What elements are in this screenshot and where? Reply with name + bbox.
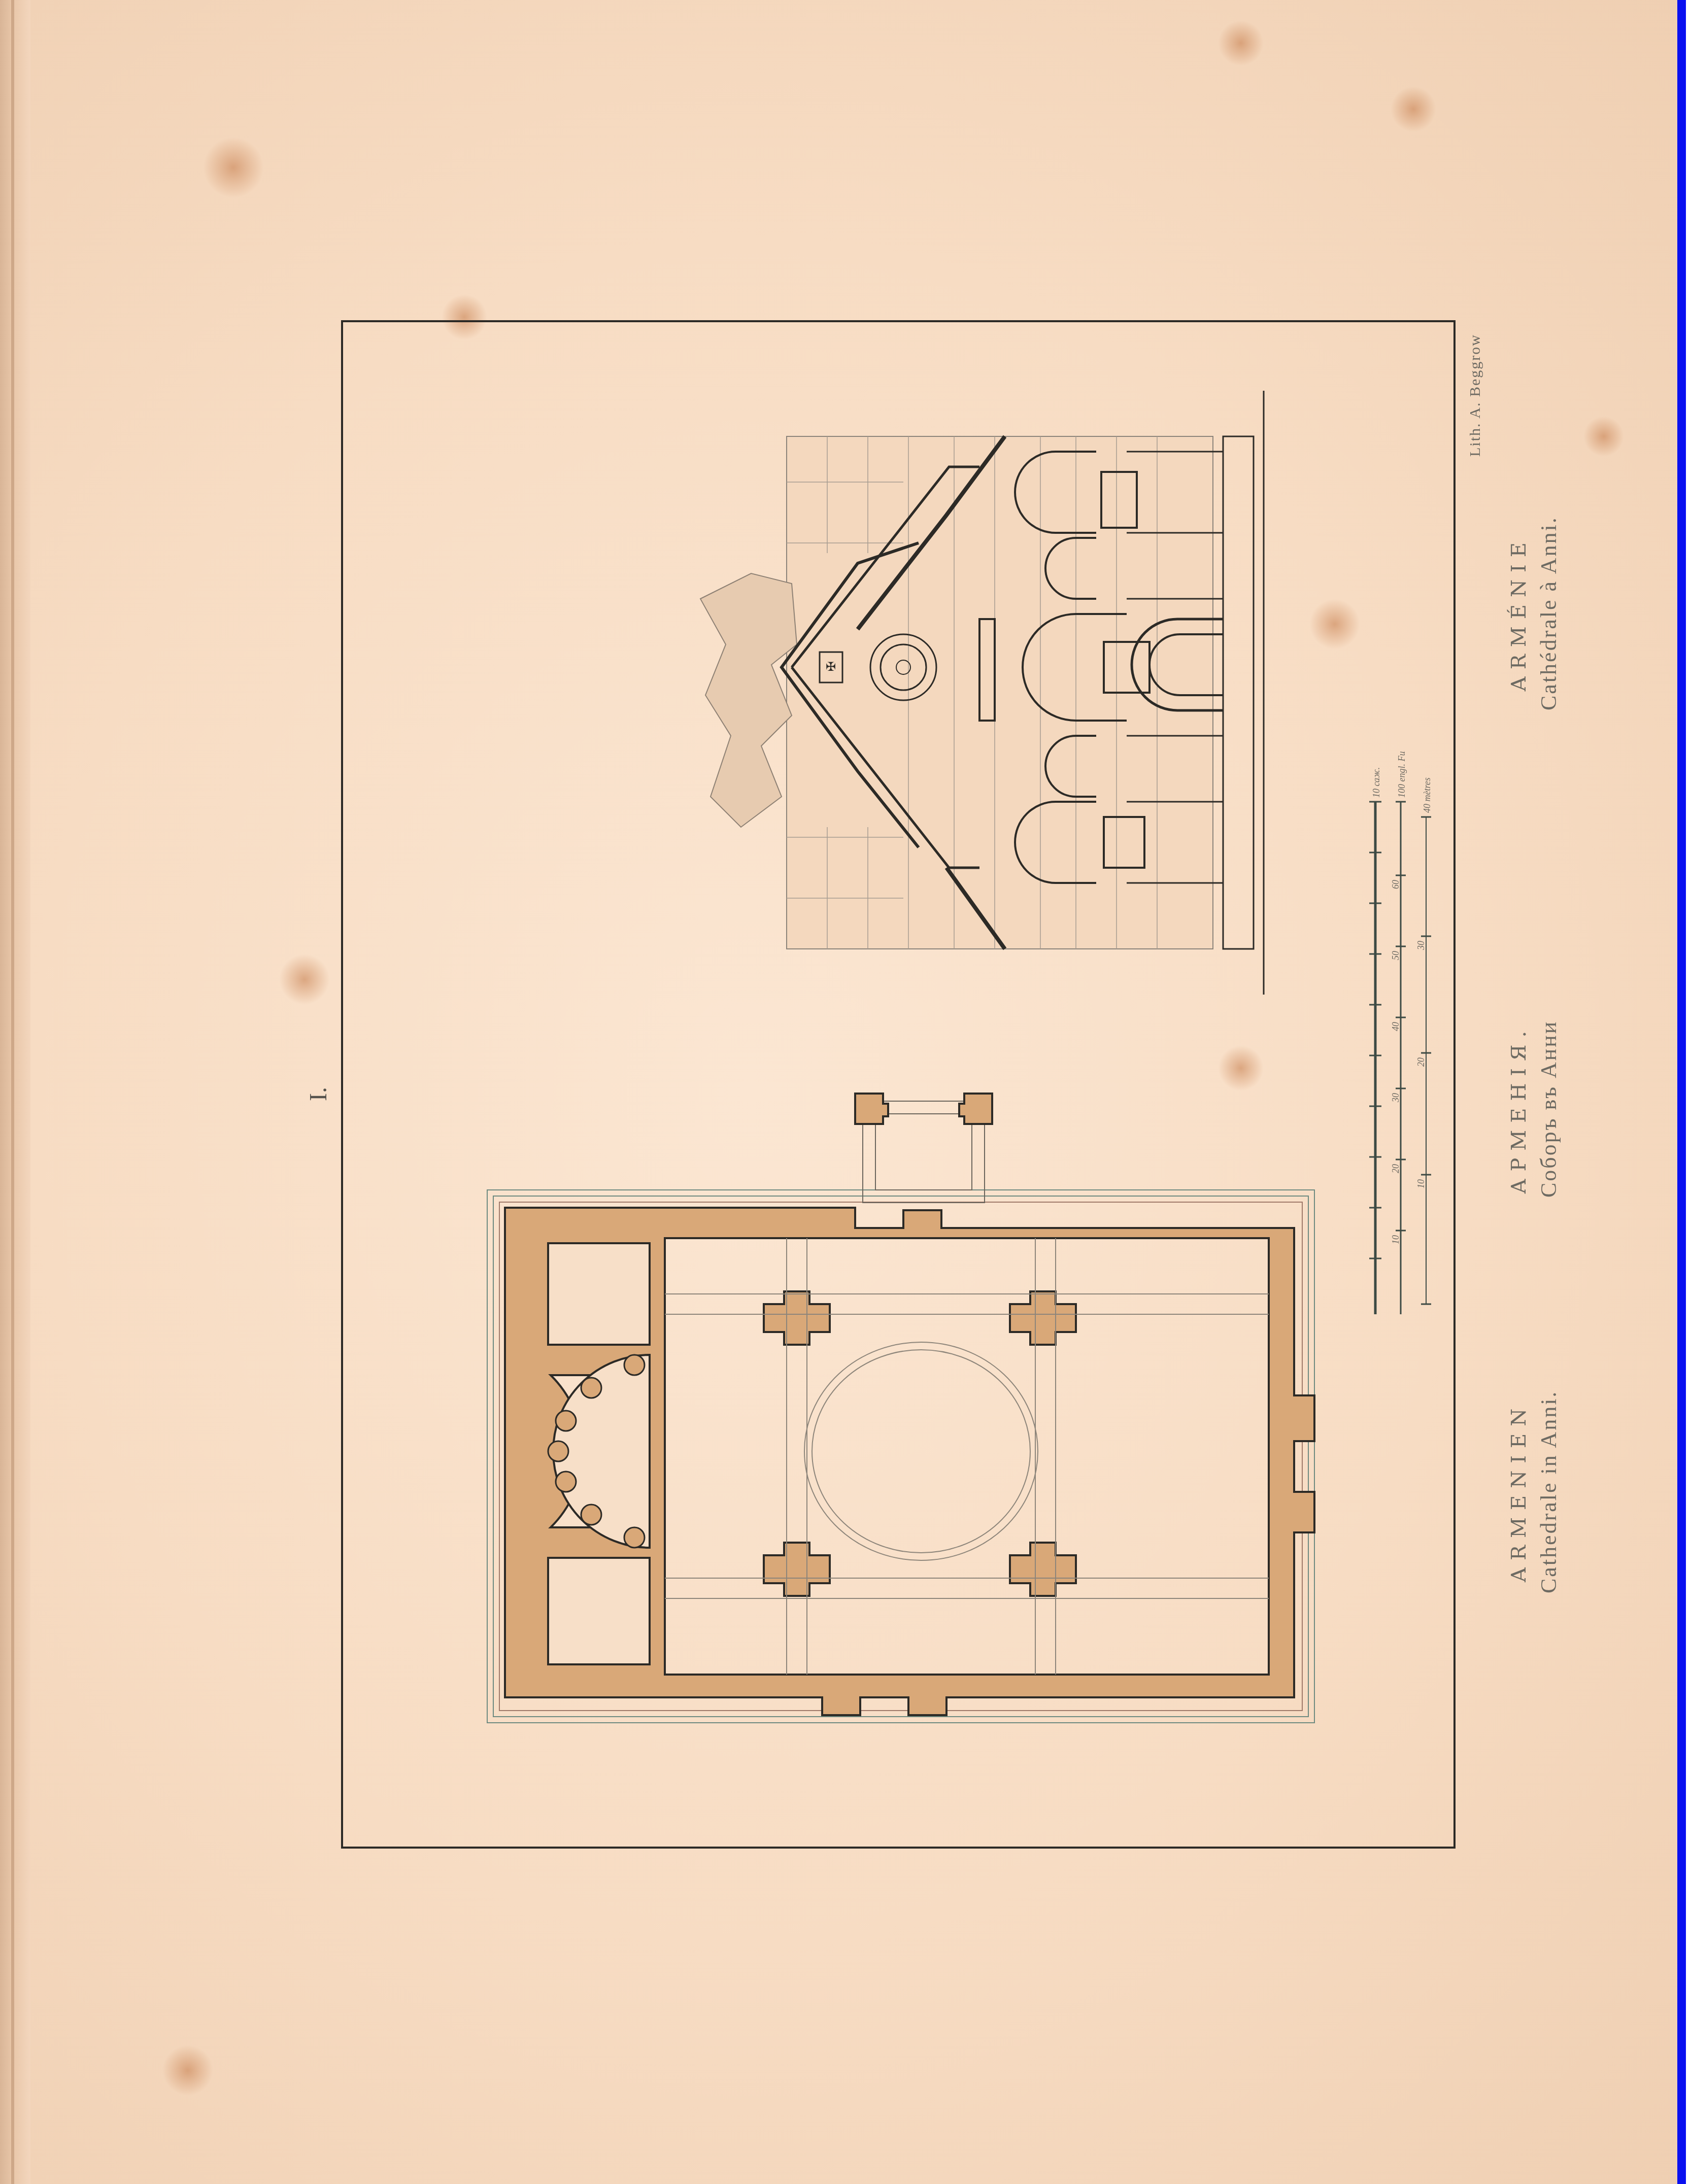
binding-edge <box>11 0 14 2184</box>
svg-text:✠: ✠ <box>826 660 836 674</box>
caption-german-title: Cathedrale in Anni. <box>1536 1390 1562 1593</box>
lithographer-credit: Lith. A. Beggrow <box>1467 334 1484 457</box>
plate-number: I. <box>305 1087 332 1101</box>
foxing-spot <box>203 137 264 198</box>
caption-russian-title: Соборъ въ Анни <box>1536 1020 1562 1198</box>
book-gutter <box>0 0 30 2184</box>
foxing-spot <box>1218 20 1264 66</box>
ground-plan <box>482 1091 1325 1812</box>
scale-tick: 60 <box>1391 880 1401 889</box>
scale-tick: 20 <box>1391 1164 1401 1173</box>
scale-tick: 30 <box>1416 941 1426 950</box>
caption-french-title: Cathédrale à Anni. <box>1536 516 1562 710</box>
caption-french-country: ARMÉNIE <box>1507 516 1531 710</box>
caption-french: ARMÉNIE Cathédrale à Anni. <box>1507 516 1562 710</box>
foxing-spot <box>162 2045 213 2096</box>
scale-label-sazhen: 10 саж. <box>1371 767 1381 798</box>
facade-elevation: ✠ <box>690 381 1304 1000</box>
caption-german-country: ARMENIEN <box>1507 1390 1531 1593</box>
scale-bars: 10 саж. 100 engl. Fuss 40 mètres 60 50 4… <box>1350 751 1451 1324</box>
scale-label-feet: 100 engl. Fuss <box>1397 751 1407 798</box>
scan-edge-white <box>1686 0 1691 2184</box>
scale-tick: 10 <box>1416 1179 1426 1188</box>
scale-tick: 40 <box>1391 1022 1401 1031</box>
caption-russian: АРМЕНІЯ. Соборъ въ Анни <box>1507 1020 1562 1198</box>
scale-label-meters: 40 mètres <box>1422 777 1432 813</box>
scale-tick: 10 <box>1391 1235 1401 1244</box>
foxing-spot <box>1583 416 1624 457</box>
caption-german: ARMENIEN Cathedrale in Anni. <box>1507 1390 1562 1593</box>
scan-edge-blue <box>1677 0 1686 2184</box>
scale-tick: 30 <box>1391 1093 1401 1103</box>
scale-tick: 20 <box>1416 1057 1426 1067</box>
foxing-spot <box>1391 86 1436 132</box>
scale-tick: 50 <box>1391 951 1401 960</box>
caption-russian-country: АРМЕНІЯ. <box>1507 1020 1531 1198</box>
foxing-spot <box>279 954 330 1005</box>
